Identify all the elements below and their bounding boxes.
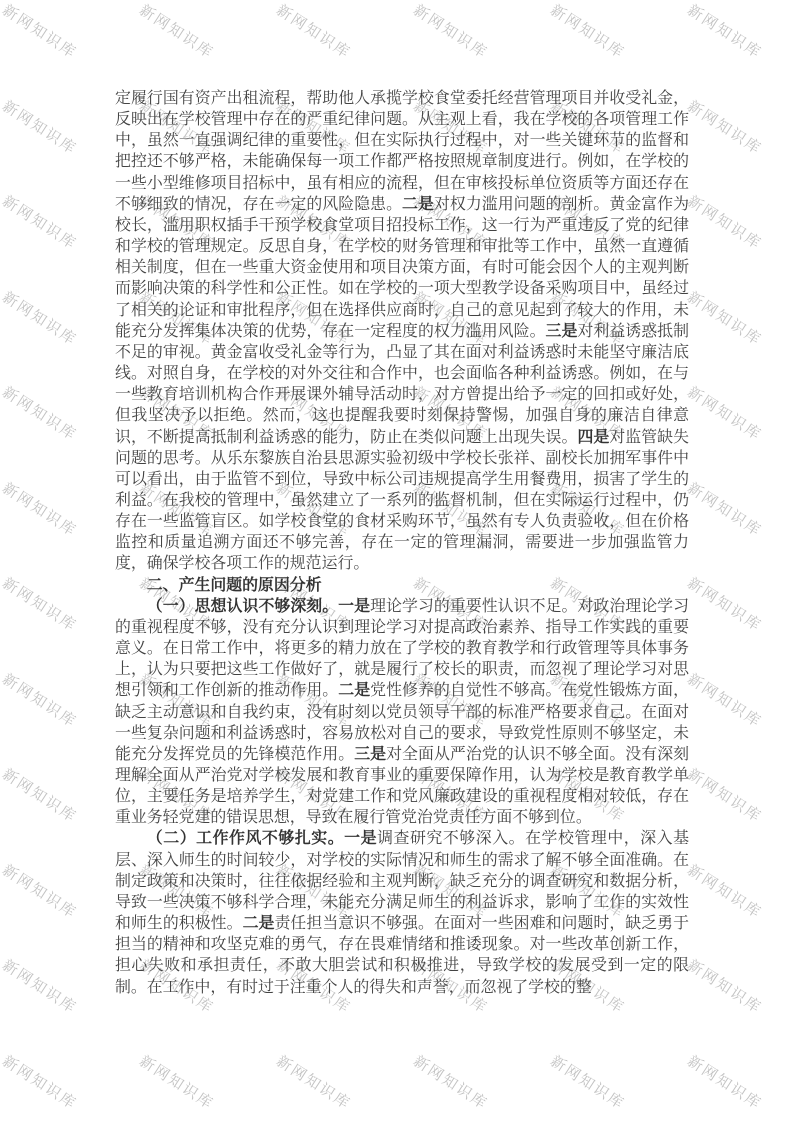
watermark: 新网知识库 bbox=[273, 1050, 356, 1114]
text-run: 对利益诱惑抵制不足的审视。黄金富收受礼金等行为，凸显了其在面对利益诱惑时未能坚守… bbox=[115, 323, 689, 446]
watermark: 新网知识库 bbox=[136, 1050, 219, 1114]
text-run: 二是 bbox=[243, 915, 275, 932]
text-run: （一）思想认识不够深刻。一是 bbox=[147, 598, 370, 615]
watermark: 新网知识库 bbox=[684, 381, 767, 445]
text-run: 定履行国有资产出租流程，帮助他人承揽学校食堂委托经营管理项目并收受礼金，反映出在… bbox=[115, 90, 689, 213]
watermark: 新网知识库 bbox=[0, 954, 81, 1018]
text-run: 二是 bbox=[402, 196, 434, 213]
watermark: 新网知识库 bbox=[684, 572, 767, 636]
watermark: 新网知识库 bbox=[0, 95, 81, 159]
watermark: 新网知识库 bbox=[684, 954, 767, 1018]
watermark: 新网知识库 bbox=[410, 0, 493, 63]
watermark: 新网知识库 bbox=[684, 859, 767, 923]
paragraph: （二）工作作风不够扎实。一是调查研究不够深入。在学校管理中，深入基层、深入师生的… bbox=[115, 828, 689, 997]
watermark: 新网知识库 bbox=[0, 572, 81, 636]
text-run: 对监管缺失问题的思考。从乐东黎族自治县思源实验初级中学校长张祥、副校长加拥军事件… bbox=[115, 429, 689, 573]
watermark: 新网知识库 bbox=[684, 95, 767, 159]
section-heading: 二、产生问题的原因分析 bbox=[115, 575, 689, 596]
text-run: 三是 bbox=[354, 746, 386, 763]
text-run: 三是 bbox=[546, 323, 578, 340]
watermark: 新网知识库 bbox=[0, 763, 81, 827]
watermark: 新网知识库 bbox=[410, 1050, 493, 1114]
watermark: 新网知识库 bbox=[0, 190, 81, 254]
watermark: 新网知识库 bbox=[0, 859, 81, 923]
watermark: 新网知识库 bbox=[684, 190, 767, 254]
paragraph: （一）思想认识不够深刻。一是理论学习的重要性认识不足。对政治理论学习的重视程度不… bbox=[115, 596, 689, 829]
watermark: 新网知识库 bbox=[0, 0, 81, 63]
watermark: 新网知识库 bbox=[684, 668, 767, 732]
watermark: 新网知识库 bbox=[136, 0, 219, 63]
watermark: 新网知识库 bbox=[684, 0, 767, 63]
watermark: 新网知识库 bbox=[0, 477, 81, 541]
watermark: 新网知识库 bbox=[684, 286, 767, 350]
watermark: 新网知识库 bbox=[547, 0, 630, 63]
text-run: 二、产生问题的原因分析 bbox=[147, 577, 322, 594]
watermark: 新网知识库 bbox=[0, 668, 81, 732]
watermark: 新网知识库 bbox=[684, 1050, 767, 1114]
text-run: 对权力滥用问题的剖析。黄金富作为校长，滥用职权插手干预学校食堂项目招投标工作，这… bbox=[115, 196, 689, 340]
watermark: 新网知识库 bbox=[0, 286, 81, 350]
watermark: 新网知识库 bbox=[684, 477, 767, 541]
text-run: 二是 bbox=[338, 682, 370, 699]
watermark: 新网知识库 bbox=[0, 1050, 81, 1114]
watermark: 新网知识库 bbox=[684, 763, 767, 827]
text-run: 四是 bbox=[577, 429, 609, 446]
text-run: （二）工作作风不够扎实。一是 bbox=[147, 830, 377, 847]
document-body: 定履行国有资产出租流程，帮助他人承揽学校食堂委托经营管理项目并收受礼金，反映出在… bbox=[115, 88, 689, 998]
watermark: 新网知识库 bbox=[0, 381, 81, 445]
paragraph: 定履行国有资产出租流程，帮助他人承揽学校食堂委托经营管理项目并收受礼金，反映出在… bbox=[115, 88, 689, 575]
watermark: 新网知识库 bbox=[273, 0, 356, 63]
document-page: 新网知识库新网知识库新网知识库新网知识库新网知识库新网知识库新网知识库新网知识库… bbox=[0, 0, 793, 1122]
watermark: 新网知识库 bbox=[547, 1050, 630, 1114]
